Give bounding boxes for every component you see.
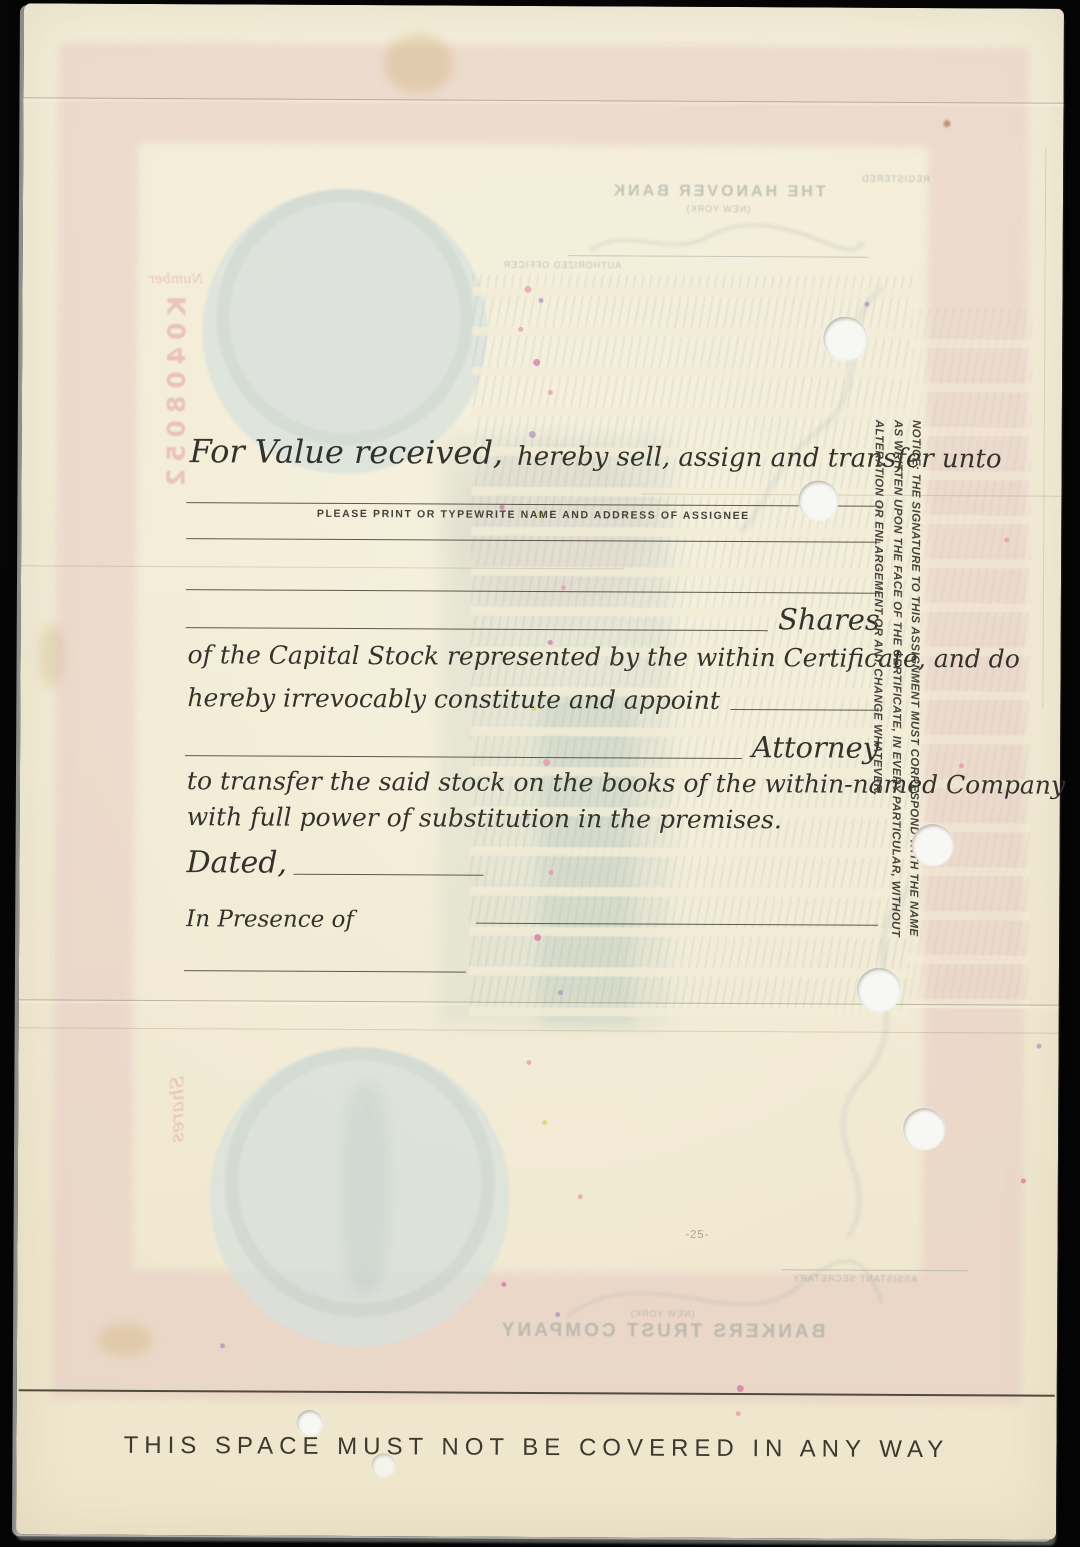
signature-notice: NOTICE: THE SIGNATURE TO THIS ASSIGNMENT…	[864, 420, 927, 988]
notice-line-1: NOTICE: THE SIGNATURE TO THIS ASSIGNMENT…	[903, 420, 924, 988]
substitution-text: with full power of substitution in the p…	[187, 802, 782, 834]
trust-name-showthrough: BANKERS TRUST COMPANY	[482, 1320, 842, 1344]
bottom-medallion-showthrough	[209, 1046, 511, 1348]
shares-tag-showthrough: Shares	[166, 1076, 189, 1186]
shares-row: Shares	[186, 596, 880, 632]
appoint-row: hereby irrevocably constitute and appoin…	[187, 680, 879, 716]
punch-hole	[903, 1108, 945, 1150]
certificate-paper: REGISTERED THE HANOVER BANK (NEW YORK) A…	[16, 3, 1064, 1539]
edge-crease	[1042, 149, 1046, 709]
assignment-opening-line: For Value received, hereby sell, assign …	[190, 408, 884, 474]
bank-city-showthrough: (NEW YORK)	[568, 203, 868, 215]
notice-line-2: AS WRITTEN UPON THE FACE OF THE CERTIFIC…	[885, 420, 906, 988]
ink-speck	[943, 120, 950, 127]
in-presence-of-label: In Presence of	[186, 906, 354, 933]
punch-hole	[912, 824, 954, 866]
shares-label: Shares	[768, 608, 880, 632]
punch-hole	[857, 968, 901, 1012]
scanned-certificate-back: REGISTERED THE HANOVER BANK (NEW YORK) A…	[0, 0, 1080, 1547]
sell-assign-transfer-text: hereby sell, assign and transfer unto	[517, 442, 1002, 475]
signature-notice-text: NOTICE: THE SIGNATURE TO THIS ASSIGNMENT…	[867, 420, 925, 988]
dated-label: Dated,	[186, 845, 287, 881]
authorized-officer-showthrough: AUTHORIZED OFFICER	[503, 260, 622, 271]
bank-name-showthrough: THE HANOVER BANK	[568, 182, 868, 202]
registered-stamp-showthrough: REGISTERED	[861, 174, 930, 184]
attorney-name-blank	[730, 709, 879, 711]
medallion-figure	[341, 1083, 390, 1293]
confetti-dots	[24, 3, 29, 8]
presence-row: In Presence of	[186, 890, 878, 936]
witness-signature-line	[476, 923, 878, 926]
date-blank-line	[293, 874, 483, 876]
for-value-received-text: For Value received,	[190, 432, 504, 472]
transfer-books-text: to transfer the said stock on the books …	[187, 766, 1065, 800]
punch-hole	[823, 316, 867, 360]
punch-hole	[798, 480, 838, 520]
stain-2	[97, 1324, 152, 1356]
plate-page-number: -25-	[686, 1229, 710, 1241]
number-label-showthrough: Number	[149, 272, 203, 287]
appoint-text: hereby irrevocably constitute and appoin…	[187, 683, 720, 715]
trust-city-showthrough: (NEW YORK)	[512, 1308, 812, 1320]
punch-hole	[297, 1410, 323, 1436]
do-not-cover-warning: THIS SPACE MUST NOT BE COVERED IN ANY WA…	[16, 1431, 1056, 1464]
punch-hole	[371, 1453, 395, 1477]
attorney-label: Attorney	[742, 736, 879, 760]
dated-row: Dated,	[186, 840, 606, 882]
stain	[384, 33, 454, 93]
attorney-row: Attorney	[185, 720, 879, 760]
